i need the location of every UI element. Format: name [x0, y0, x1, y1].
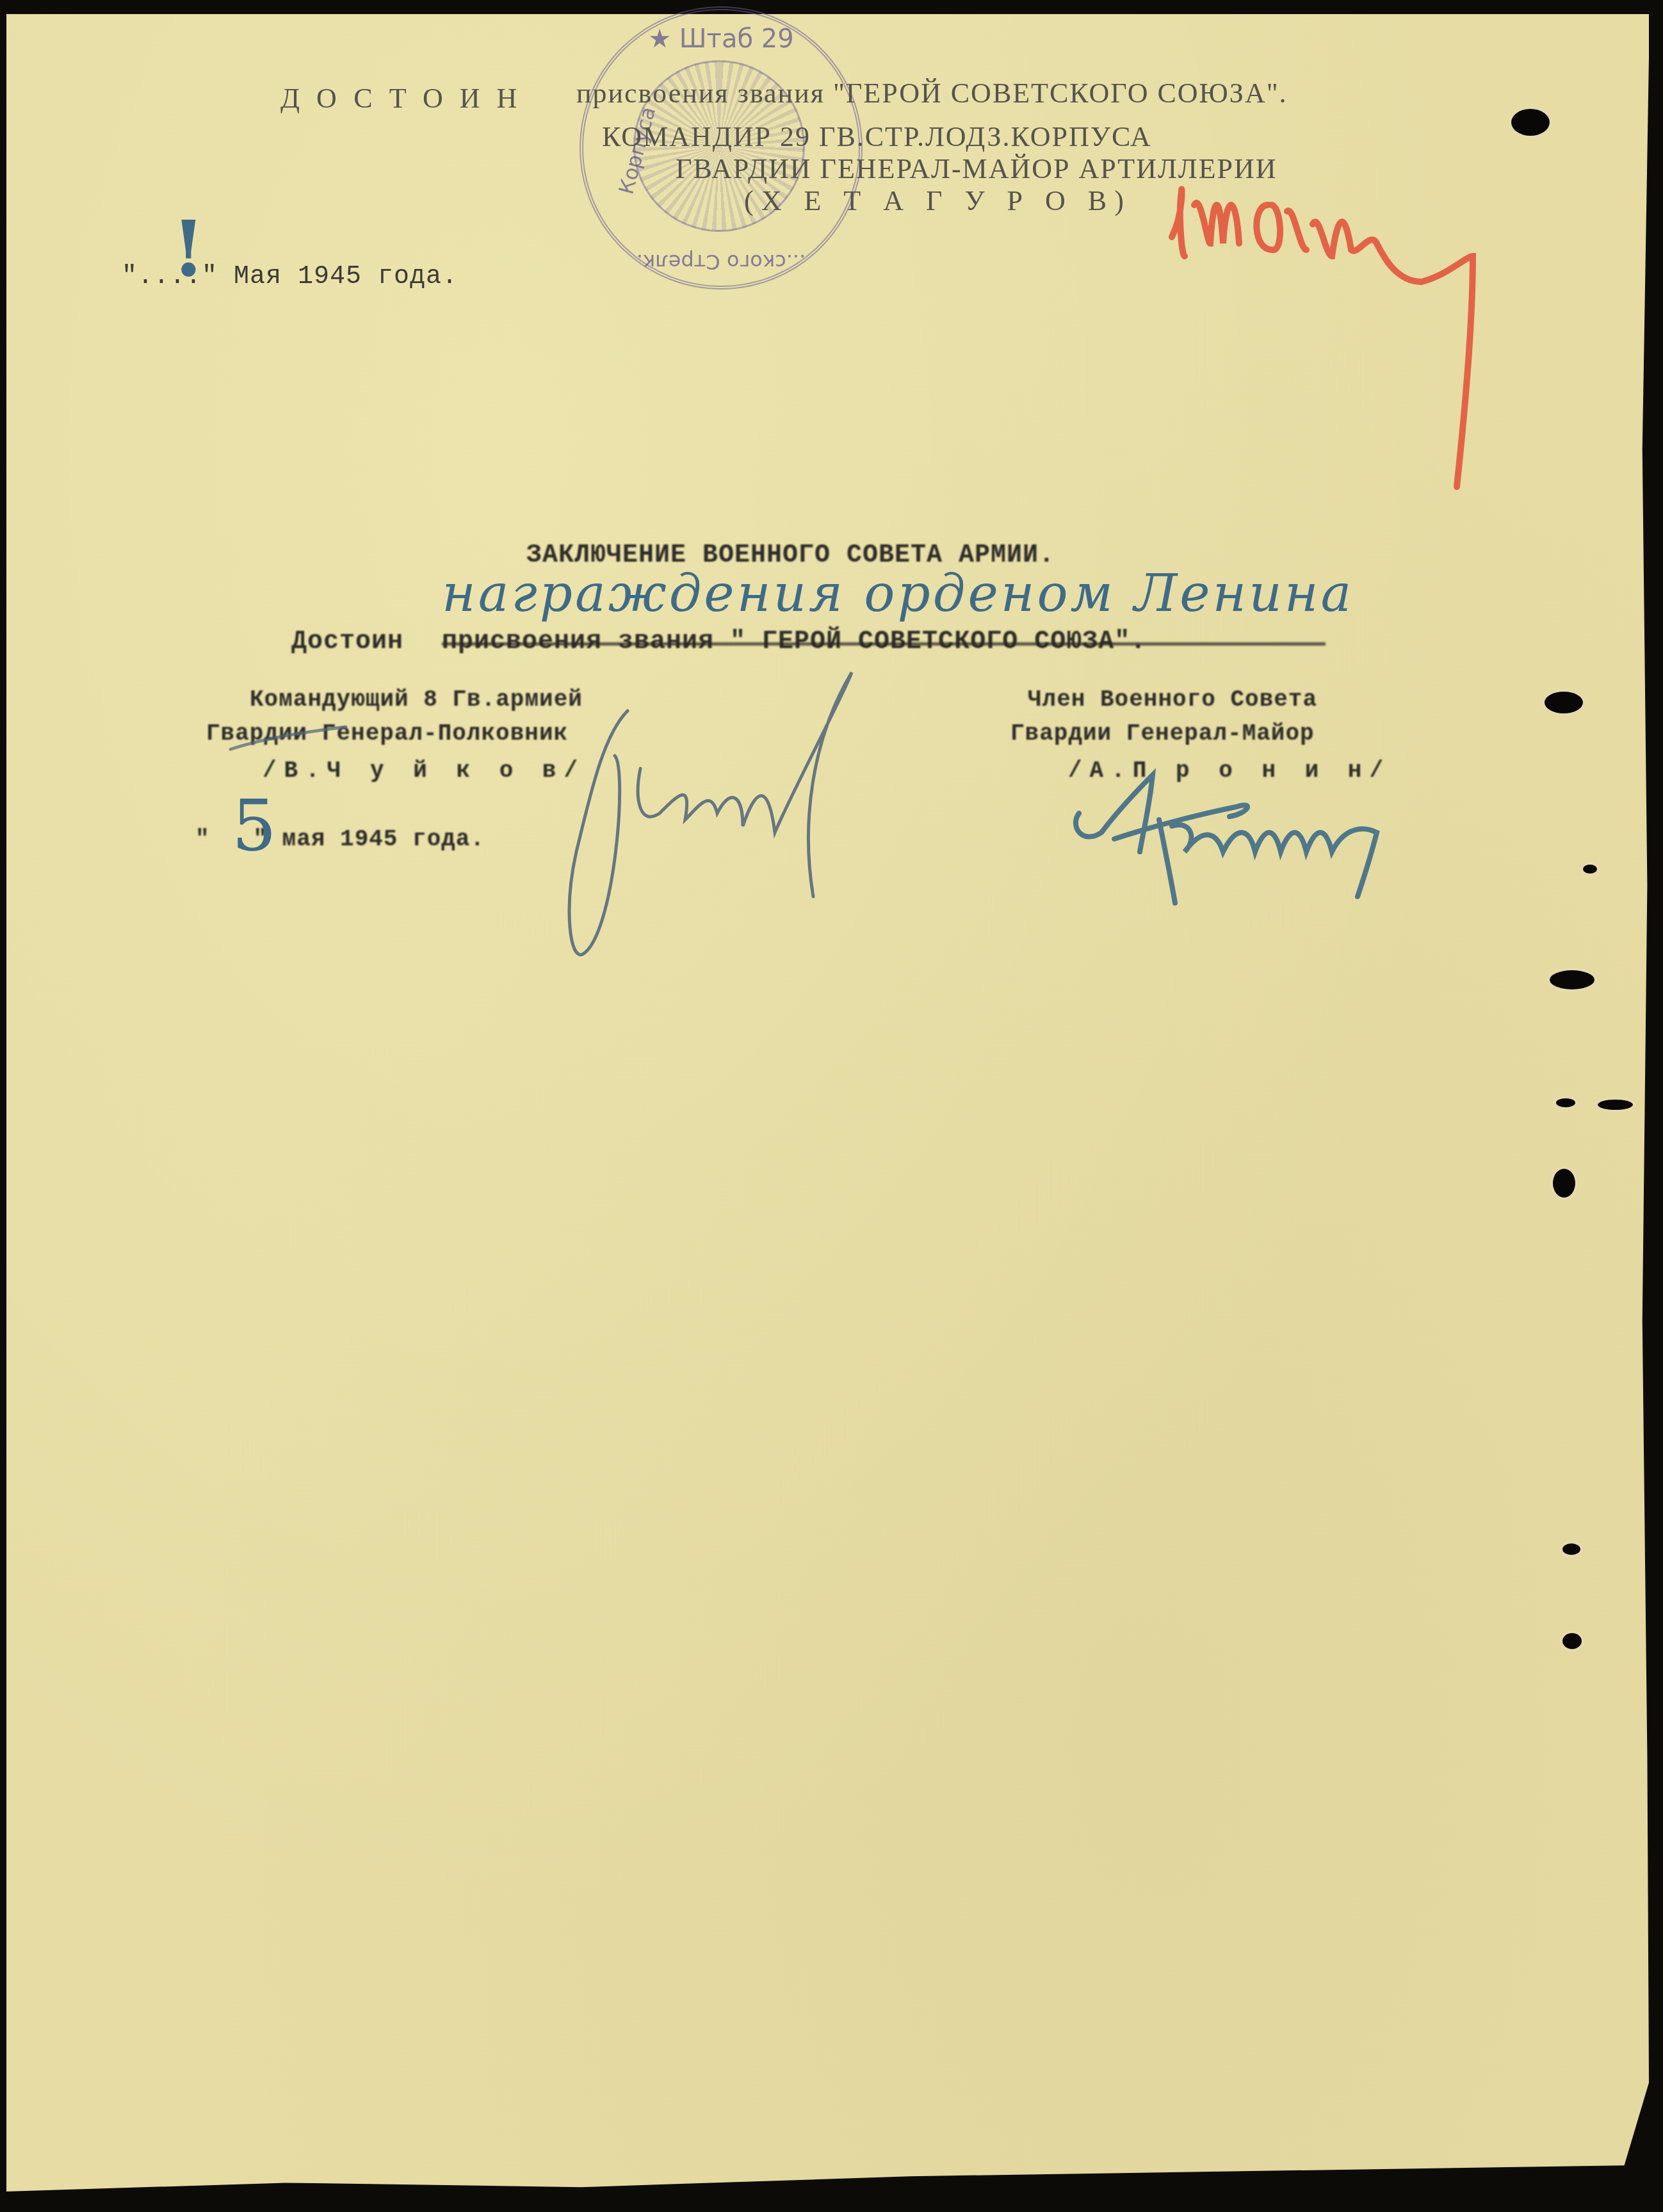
pronin-signature-icon — [0, 0, 1663, 2212]
punch-hole — [1598, 1100, 1633, 1110]
punch-hole — [1511, 109, 1550, 136]
punch-hole — [1556, 1098, 1575, 1107]
punch-hole — [1545, 692, 1583, 713]
punch-hole — [1583, 865, 1597, 874]
punch-hole — [1553, 1169, 1575, 1198]
punch-hole — [1562, 1633, 1582, 1649]
punch-hole — [1550, 970, 1594, 989]
punch-hole — [1562, 1543, 1580, 1555]
